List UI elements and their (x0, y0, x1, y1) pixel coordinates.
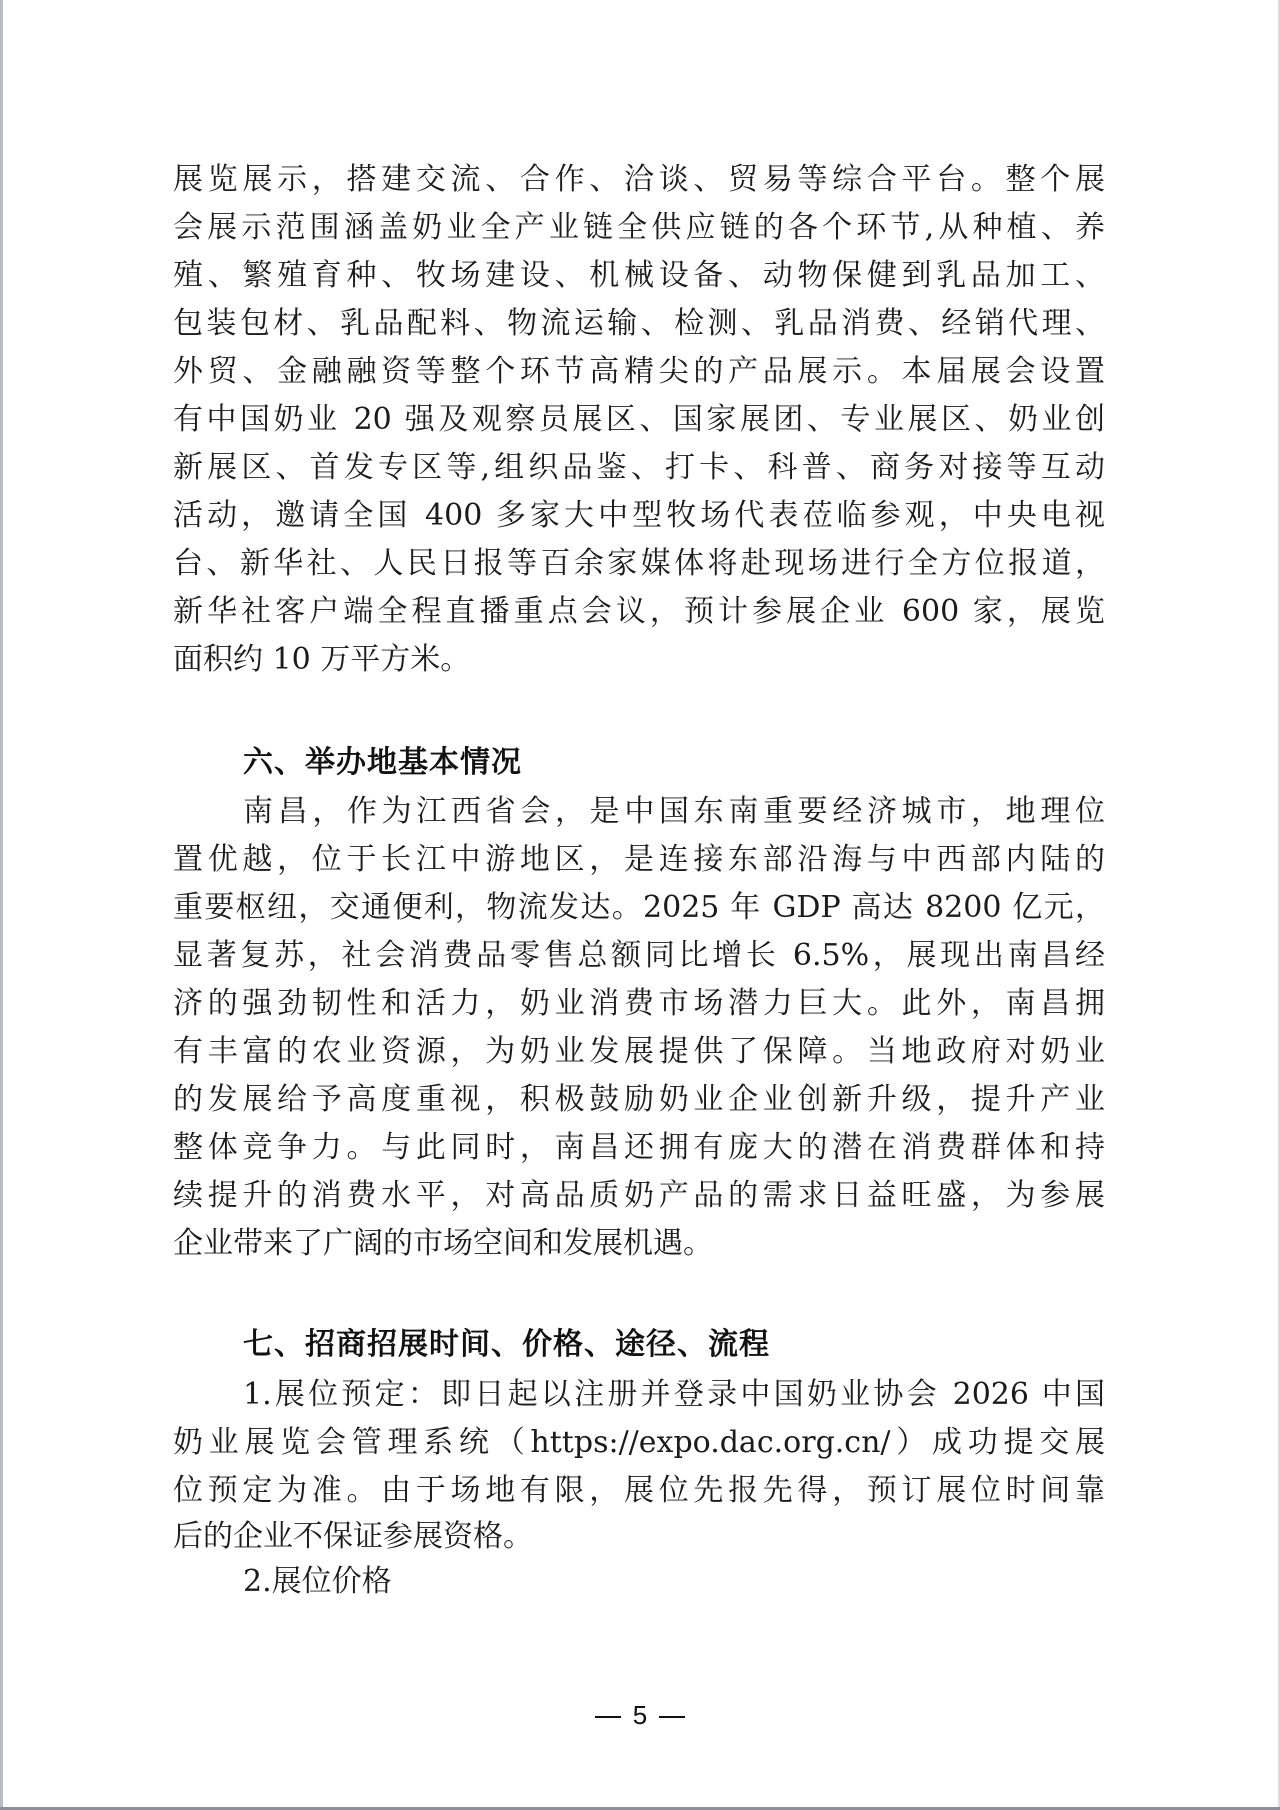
paragraph-line: 南昌，作为江西省会，是中国东南重要经济城市，地理位 (243, 788, 1105, 836)
paragraph-line: 重要枢纽，交通便利，物流发达。2025 年 GDP 高达 8200 亿元， (173, 884, 1105, 932)
paragraph-line: 外贸、金融融资等整个环节高精尖的产品展示。本届展会设置 (173, 348, 1105, 396)
paragraph-line: 位预定为准。由于场地有限，展位先报先得，预订展位时间靠 (173, 1467, 1105, 1515)
paragraph-line: 奶业展览会管理系统（https://expo.dac.org.cn/）成功提交展 (173, 1419, 1105, 1467)
paragraph-line: 会展示范围涵盖奶业全产业链全供应链的各个环节,从种植、养 (173, 204, 1105, 252)
paragraph-line: 新展区、首发专区等,组织品鉴、打卡、科普、商务对接等互动 (173, 444, 1105, 492)
paragraph-line: 有中国奶业 20 强及观察员展区、国家展团、专业展区、奶业创 (173, 396, 1105, 444)
paragraph-line: 企业带来了广阔的市场空间和发展机遇。 (173, 1220, 1105, 1268)
dash-left (595, 1716, 621, 1718)
section-heading-venue: 六、举办地基本情况 (243, 737, 522, 789)
paragraph-line: 包装包材、乳品配料、物流运输、检测、乳品消费、经销代理、 (173, 300, 1105, 348)
document-page: 展览展示，搭建交流、合作、洽谈、贸易等综合平台。整个展 会展示范围涵盖奶业全产业… (0, 0, 1280, 1810)
paragraph-line: 新华社客户端全程直播重点会议，预计参展企业 600 家，展览 (173, 588, 1105, 636)
paragraph-line: 1.展位预定：即日起以注册并登录中国奶业协会 2026 中国 (243, 1371, 1105, 1419)
paragraph-line: 显著复苏，社会消费品零售总额同比增长 6.5%，展现出南昌经 (173, 932, 1105, 980)
paragraph-line: 济的强劲韧性和活力，奶业消费市场潜力巨大。此外，南昌拥 (173, 980, 1105, 1028)
paragraph-line: 有丰富的农业资源，为奶业发展提供了保障。当地政府对奶业 (173, 1028, 1105, 1076)
paragraph-line: 台、新华社、人民日报等百余家媒体将赴现场进行全方位报道， (173, 540, 1105, 588)
section-heading-recruitment: 七、招商招展时间、价格、途径、流程 (243, 1319, 770, 1371)
paragraph-line: 整体竞争力。与此同时，南昌还拥有庞大的潜在消费群体和持 (173, 1124, 1105, 1172)
list-item-booth-price: 2.展位价格 (243, 1558, 1105, 1606)
paragraph-line: 续提升的消费水平，对高品质奶产品的需求日益旺盛，为参展 (173, 1172, 1105, 1220)
paragraph-line: 活动，邀请全国 400 多家大中型牧场代表莅临参观，中央电视 (173, 492, 1105, 540)
paragraph-line: 的发展给予高度重视，积极鼓励奶业企业创新升级，提升产业 (173, 1076, 1105, 1124)
paragraph-line: 殖、繁殖育种、牧场建设、机械设备、动物保健到乳品加工、 (173, 252, 1105, 300)
dash-right (659, 1716, 685, 1718)
paragraph-line: 置优越，位于长江中游地区，是连接东部沿海与中西部内陆的 (173, 836, 1105, 884)
paragraph-line: 展览展示，搭建交流、合作、洽谈、贸易等综合平台。整个展 (173, 156, 1105, 204)
page-number: 5 (0, 1700, 1280, 1731)
page-edge-left (0, 0, 3, 1810)
paragraph-line: 面积约 10 万平方米。 (173, 636, 1105, 684)
paragraph-line: 后的企业不保证参展资格。 (173, 1513, 1105, 1561)
page-number-value: 5 (633, 1700, 647, 1730)
